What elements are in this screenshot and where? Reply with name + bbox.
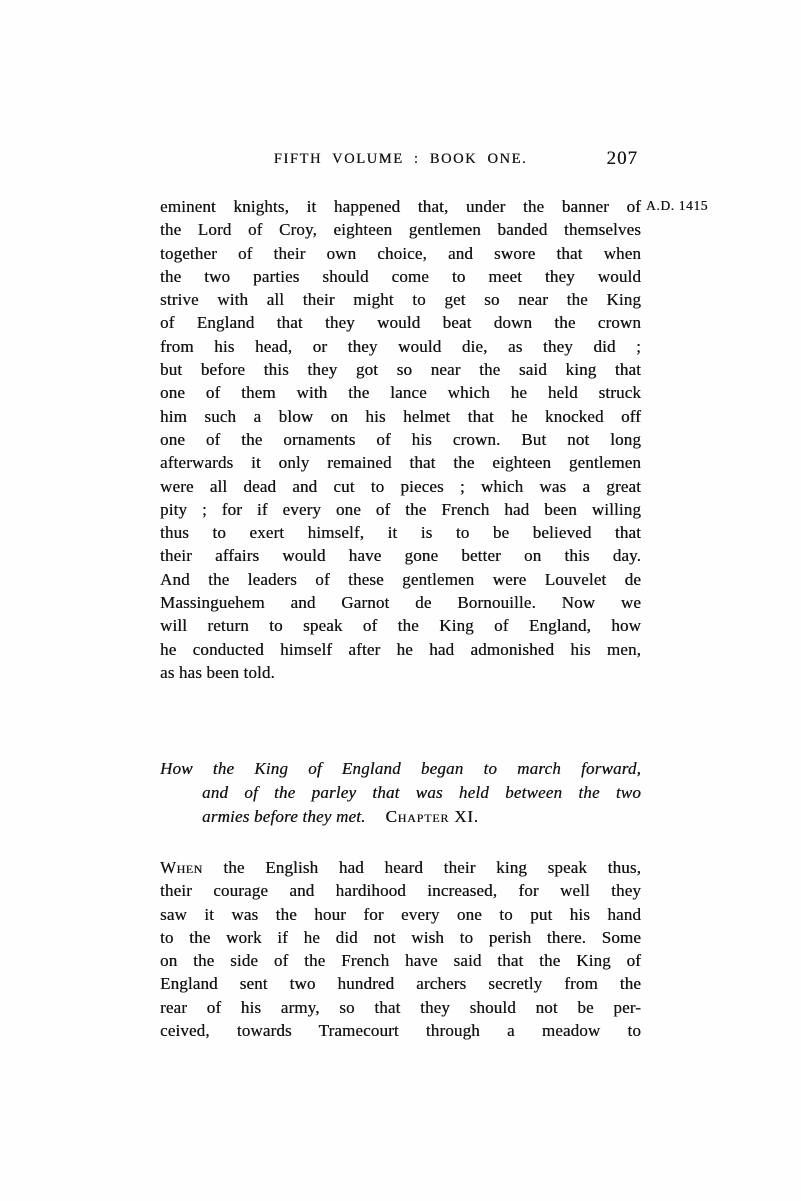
text-line: as has been told. [160,661,641,684]
margin-note-date: A.D. 1415 [646,198,708,214]
text-line: When the English had heard their king sp… [160,856,641,879]
text-line: were all dead and cut to pieces ; which … [160,475,641,498]
chapter-heading-text: armies before they met. [202,807,366,826]
chapter-number-label: Chapter XI. [386,807,479,826]
text-line: their affairs would have gone better on … [160,544,641,567]
text-line: one of the ornaments of his crown. But n… [160,428,641,451]
page-number: 207 [607,148,639,170]
text-line: their courage and hardihood increased, f… [160,879,641,902]
text-line: will return to speak of the King of Engl… [160,614,641,637]
text-line: afterwards it only remained that the eig… [160,451,641,474]
text-span: the English had heard their king speak t… [223,858,641,877]
text-line: England sent two hundred archers secretl… [160,972,641,995]
page-header: FIFTH VOLUME : BOOK ONE. 207 [160,151,641,173]
text-line: to the work if he did not wish to perish… [160,926,641,949]
book-page: FIFTH VOLUME : BOOK ONE. 207 A.D. 1415 e… [0,0,801,1201]
text-line: rear of his army, so that they should no… [160,996,641,1019]
text-line: one of them with the lance which he held… [160,381,641,404]
text-line: together of their own choice, and swore … [160,242,641,265]
chapter-heading-line: and of the parley that was held between … [160,781,641,805]
text-line: ceived, towards Tramecourt through a mea… [160,1019,641,1042]
running-title: FIFTH VOLUME : BOOK ONE. [160,151,641,168]
chapter-heading-line: How the King of England began to march f… [160,757,641,781]
text-line: strive with all their might to get so ne… [160,288,641,311]
paragraph-chapter11: When the English had heard their king sp… [160,856,641,1042]
text-line: from his head, or they would die, as the… [160,335,641,358]
chapter-heading: How the King of England began to march f… [160,757,641,829]
text-line: thus to exert himself, it is to be belie… [160,521,641,544]
text-line: saw it was the hour for every one to put… [160,903,641,926]
text-line: of England that they would beat down the… [160,311,641,334]
text-line: pity ; for if every one of the French ha… [160,498,641,521]
text-line: And the leaders of these gentlemen were … [160,568,641,591]
text-line: him such a blow on his helmet that he kn… [160,405,641,428]
lead-word-smallcaps: When [160,858,203,877]
paragraph-continuation: eminent knights, it happened that, under… [160,195,641,684]
text-line: the Lord of Croy, eighteen gentlemen ban… [160,218,641,241]
text-line: Massinguehem and Garnot de Bornouille. N… [160,591,641,614]
chapter-heading-line: armies before they met.Chapter XI. [160,805,641,829]
text-line: eminent knights, it happened that, under… [160,195,641,218]
text-line: but before this they got so near the sai… [160,358,641,381]
text-line: the two parties should come to meet they… [160,265,641,288]
text-line: he conducted himself after he had admoni… [160,638,641,661]
text-line: on the side of the French have said that… [160,949,641,972]
